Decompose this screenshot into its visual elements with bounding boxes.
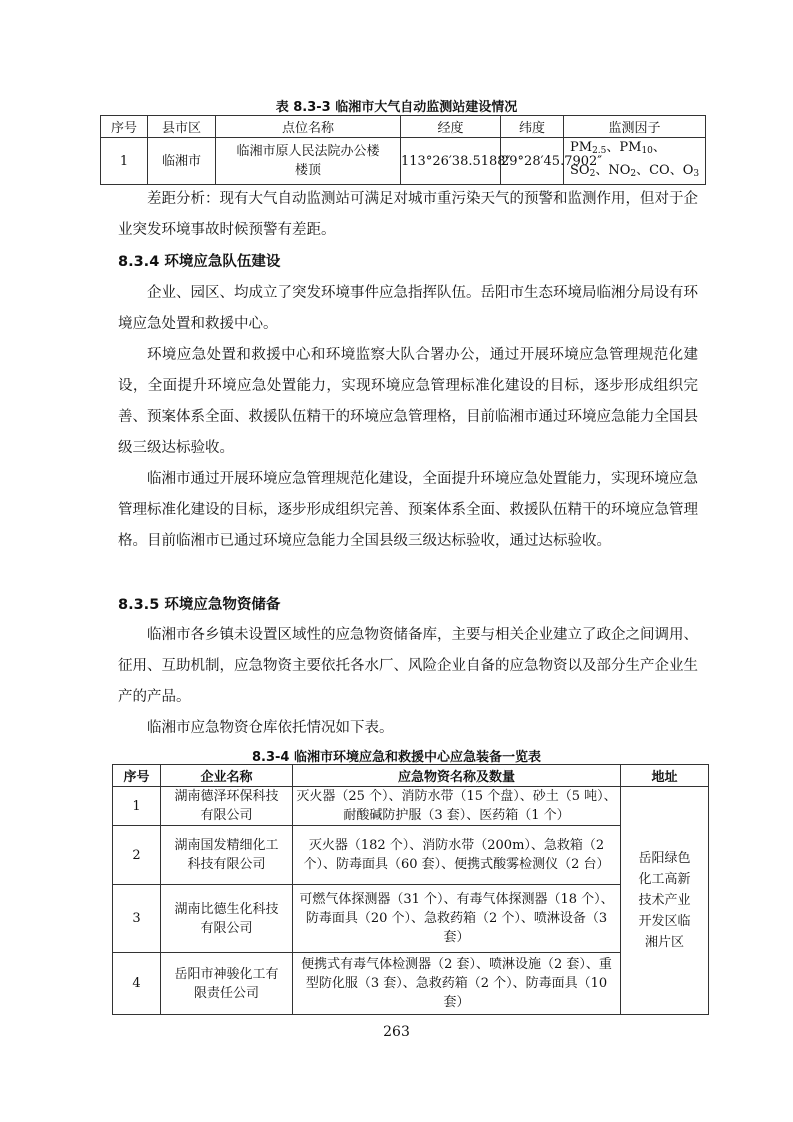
cell-company: 湖南德泽环保科技有限公司 — [161, 787, 293, 826]
section-8-3-5-heading: 8.3.5 环境应急物资储备 — [118, 593, 280, 614]
cell-factors: PM2.5、PM10、SO2、NO2、CO、O3 — [564, 138, 706, 185]
cell-materials: 灭火器（25 个）、消防水带（15 个盘）、砂土（5 吨）、耐酸碱防护服（3 套… — [293, 787, 621, 826]
table-row: 1 湖南德泽环保科技有限公司 灭火器（25 个）、消防水带（15 个盘）、砂土（… — [113, 787, 709, 826]
emergency-equipment-table: 序号 企业名称 应急物资名称及数量 地址 1 湖南德泽环保科技有限公司 灭火器（… — [112, 764, 709, 1015]
cell-no: 1 — [101, 138, 148, 185]
cell-site: 临湘市原人民法院办公楼楼顶 — [216, 138, 401, 185]
cell-address: 岳阳绿色化工高新技术产业开发区临湘片区 — [621, 787, 709, 1015]
table1-caption: 表 8.3-3 临湘市大气自动监测站建设情况 — [0, 96, 793, 115]
header-address: 地址 — [621, 765, 709, 787]
s835-paragraph-2: 临湘市应急物资仓库依托情况如下表。 — [118, 713, 698, 744]
cell-county: 临湘市 — [148, 138, 216, 185]
header-no: 序号 — [101, 116, 148, 138]
table-header-row: 序号 企业名称 应急物资名称及数量 地址 — [113, 765, 709, 787]
cell-no: 3 — [113, 885, 161, 953]
header-factors: 监测因子 — [564, 116, 706, 138]
header-longitude: 经度 — [401, 116, 501, 138]
header-materials: 应急物资名称及数量 — [293, 765, 621, 787]
table-row: 2 湖南国发精细化工科技有限公司 灭火器（182 个）、消防水带（200m）、急… — [113, 826, 709, 885]
header-company: 企业名称 — [161, 765, 293, 787]
s834-paragraph-2: 环境应急处置和救援中心和环境监察大队合署办公，通过开展环境应急管理规范化建设，全… — [118, 340, 698, 464]
header-site: 点位名称 — [216, 116, 401, 138]
table-row: 1 临湘市 临湘市原人民法院办公楼楼顶 113°26′38.5188″ 29°2… — [101, 138, 706, 185]
header-latitude: 纬度 — [501, 116, 564, 138]
table2-caption: 8.3-4 临湘市环境应急和救援中心应急装备一览表 — [0, 746, 793, 765]
cell-longitude: 113°26′38.5188″ — [401, 138, 501, 185]
cell-latitude: 29°28′45.7902″ — [501, 138, 564, 185]
cell-company: 岳阳市神骏化工有限责任公司 — [161, 953, 293, 1015]
cell-company: 湖南国发精细化工科技有限公司 — [161, 826, 293, 885]
cell-no: 4 — [113, 953, 161, 1015]
table-row: 4 岳阳市神骏化工有限责任公司 便携式有毒气体检测器（2 套）、喷淋设施（2 套… — [113, 953, 709, 1015]
s834-paragraph-1: 企业、园区、均成立了突发环境事件应急指挥队伍。岳阳市生态环境局临湘分局设有环境应… — [118, 278, 698, 340]
cell-company: 湖南比德生化科技有限公司 — [161, 885, 293, 953]
cell-no: 2 — [113, 826, 161, 885]
s834-paragraph-3: 临湘市通过开展环境应急管理规范化建设，全面提升环境应急处置能力，实现环境应急管理… — [118, 464, 698, 557]
page-number: 263 — [0, 1024, 793, 1040]
s835-paragraph-1: 临湘市各乡镇未设置区域性的应急物资储备库，主要与相关企业建立了政企之间调用、征用… — [118, 620, 698, 713]
cell-materials: 可燃气体探测器（31 个）、有毒气体探测器（18 个）、防毒面具（20 个）、急… — [293, 885, 621, 953]
header-no: 序号 — [113, 765, 161, 787]
monitoring-station-table: 序号 县市区 点位名称 经度 纬度 监测因子 1 临湘市 临湘市原人民法院办公楼… — [100, 115, 706, 185]
table-header-row: 序号 县市区 点位名称 经度 纬度 监测因子 — [101, 116, 706, 138]
section-8-3-4-heading: 8.3.4 环境应急队伍建设 — [118, 250, 280, 271]
cell-materials: 灭火器（182 个）、消防水带（200m）、急救箱（2 个）、防毒面具（60 套… — [293, 826, 621, 885]
cell-materials: 便携式有毒气体检测器（2 套）、喷淋设施（2 套）、重型防化服（3 套）、急救药… — [293, 953, 621, 1015]
gap-analysis-paragraph: 差距分析：现有大气自动监测站可满足对城市重污染天气的预警和监测作用，但对于企业突… — [118, 184, 698, 246]
table-row: 3 湖南比德生化科技有限公司 可燃气体探测器（31 个）、有毒气体探测器（18 … — [113, 885, 709, 953]
header-county: 县市区 — [148, 116, 216, 138]
cell-no: 1 — [113, 787, 161, 826]
